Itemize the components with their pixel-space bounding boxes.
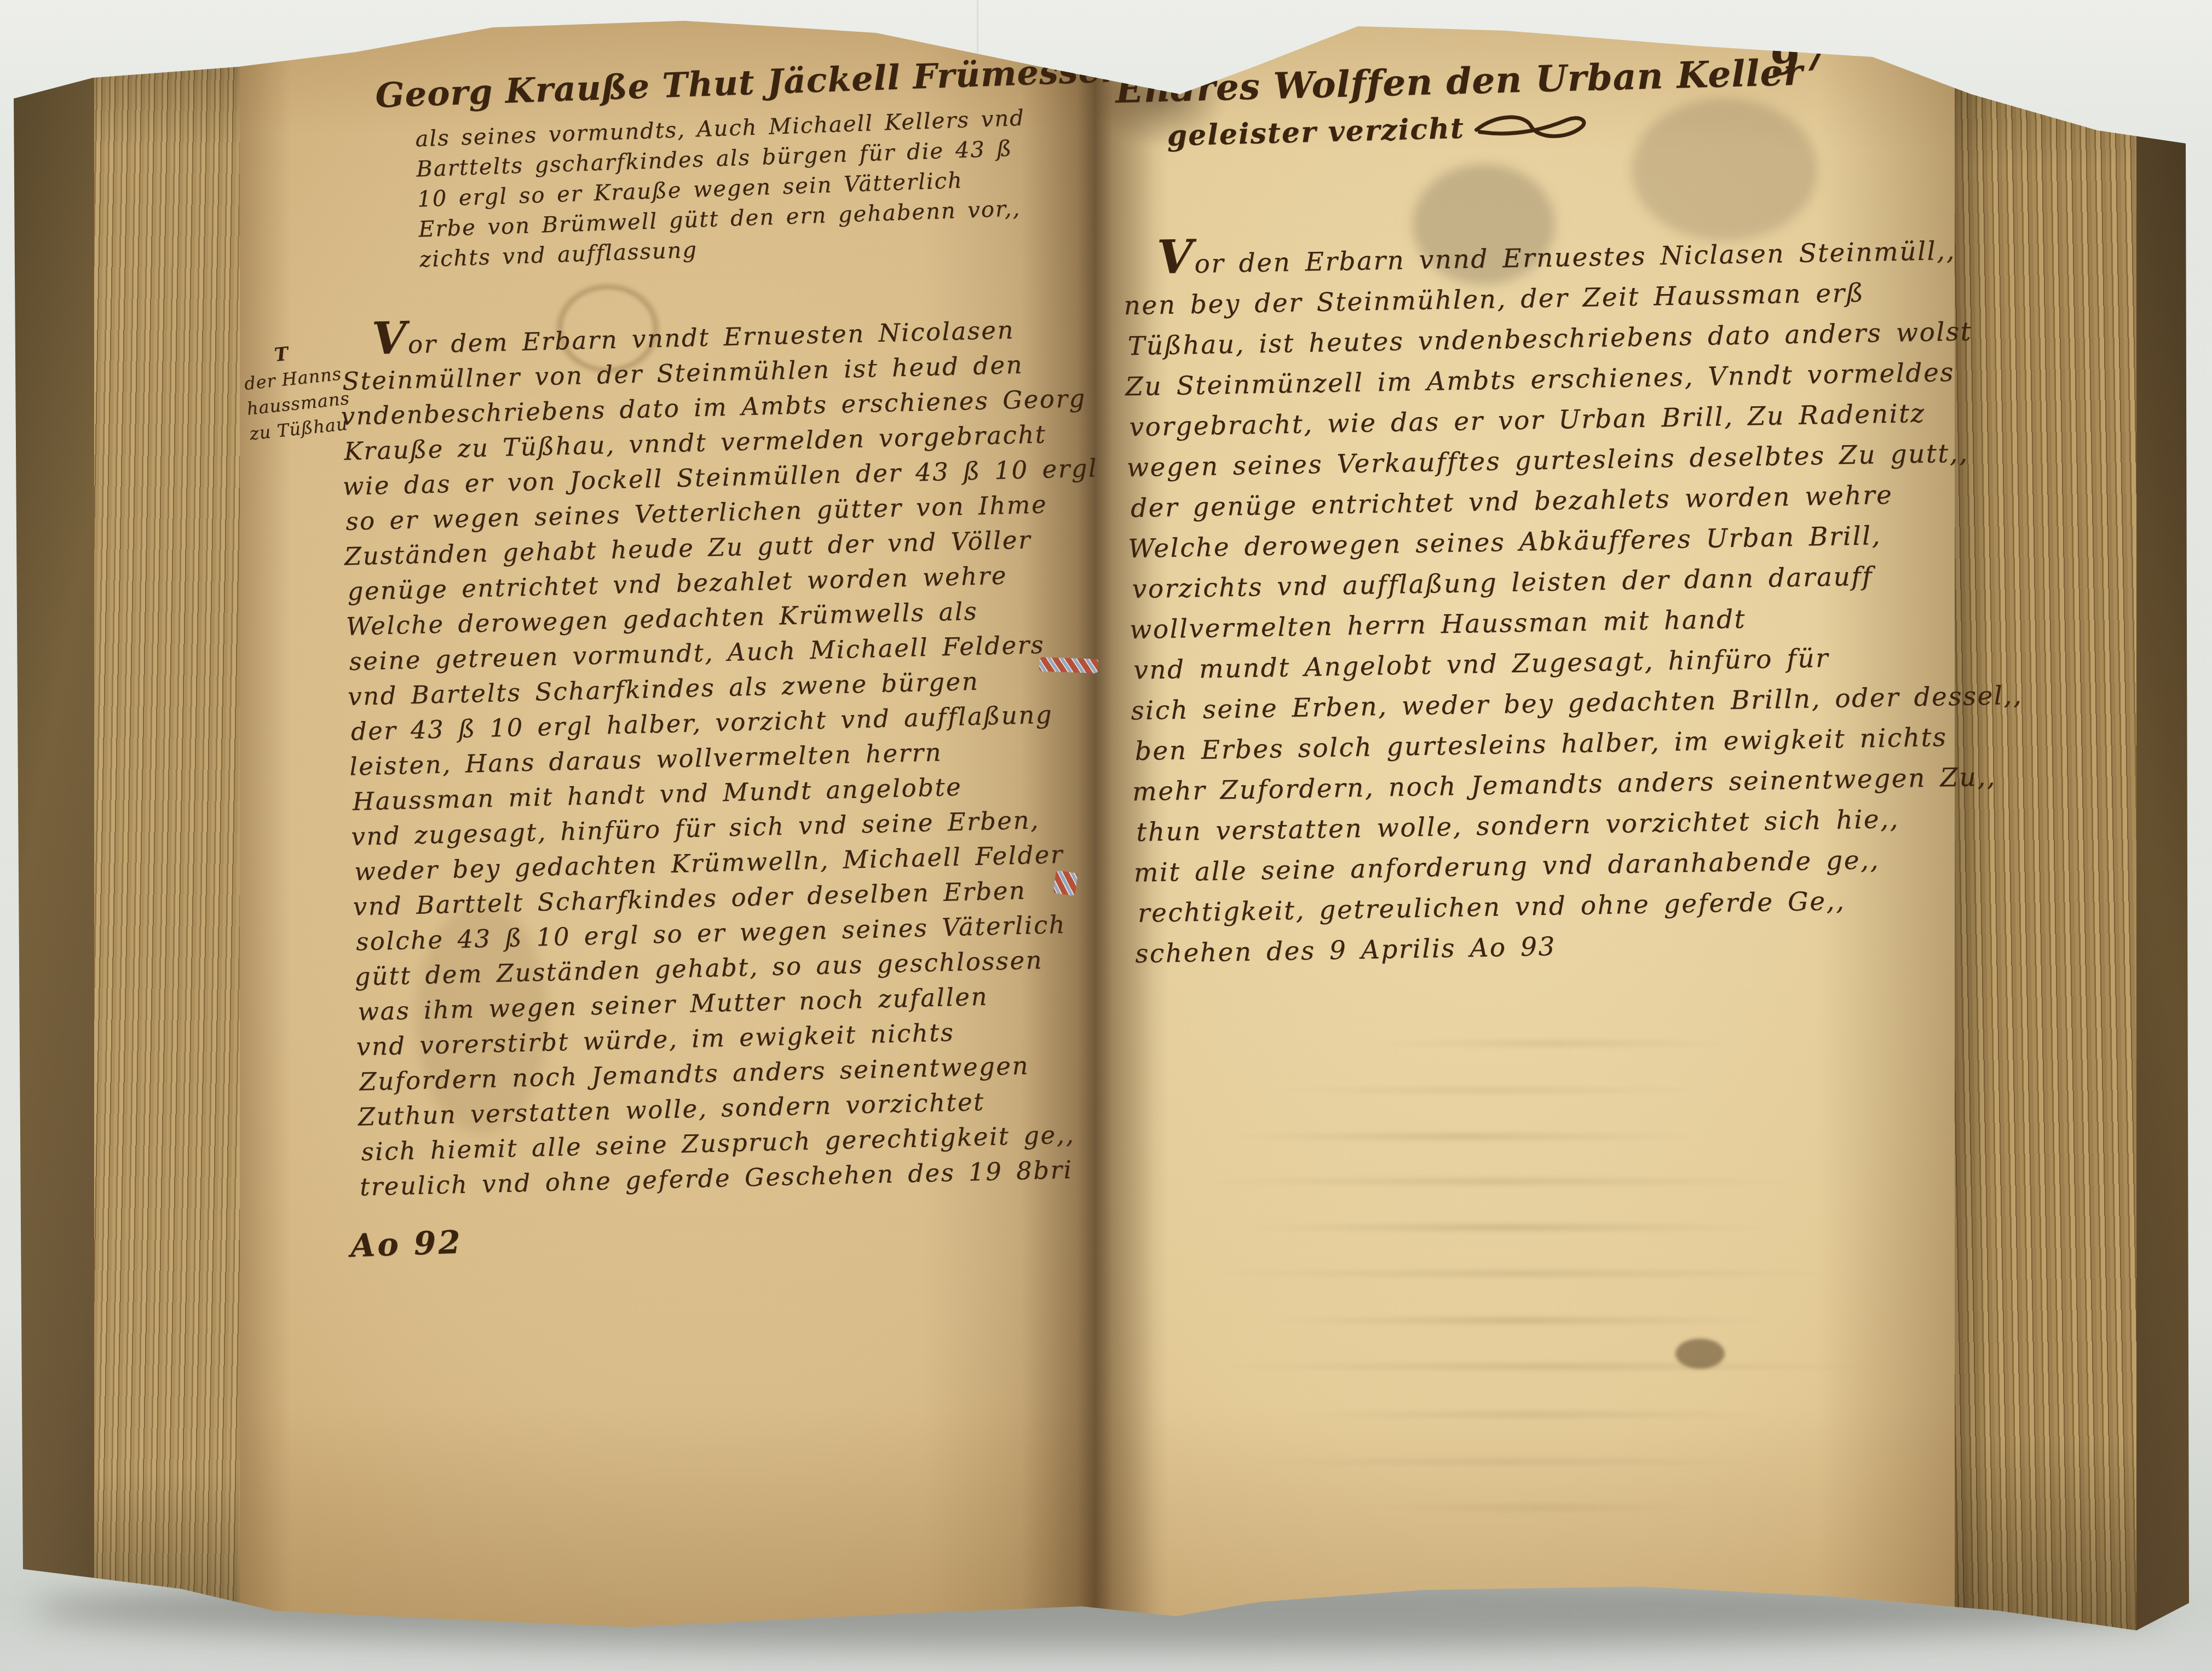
photo-vignette: [0, 0, 2212, 1672]
manuscript-photo: Georg Krauße Thut Jäckell Frümessen als …: [0, 0, 2212, 1672]
open-manuscript-book: Georg Krauße Thut Jäckell Frümessen als …: [0, 0, 2212, 1672]
